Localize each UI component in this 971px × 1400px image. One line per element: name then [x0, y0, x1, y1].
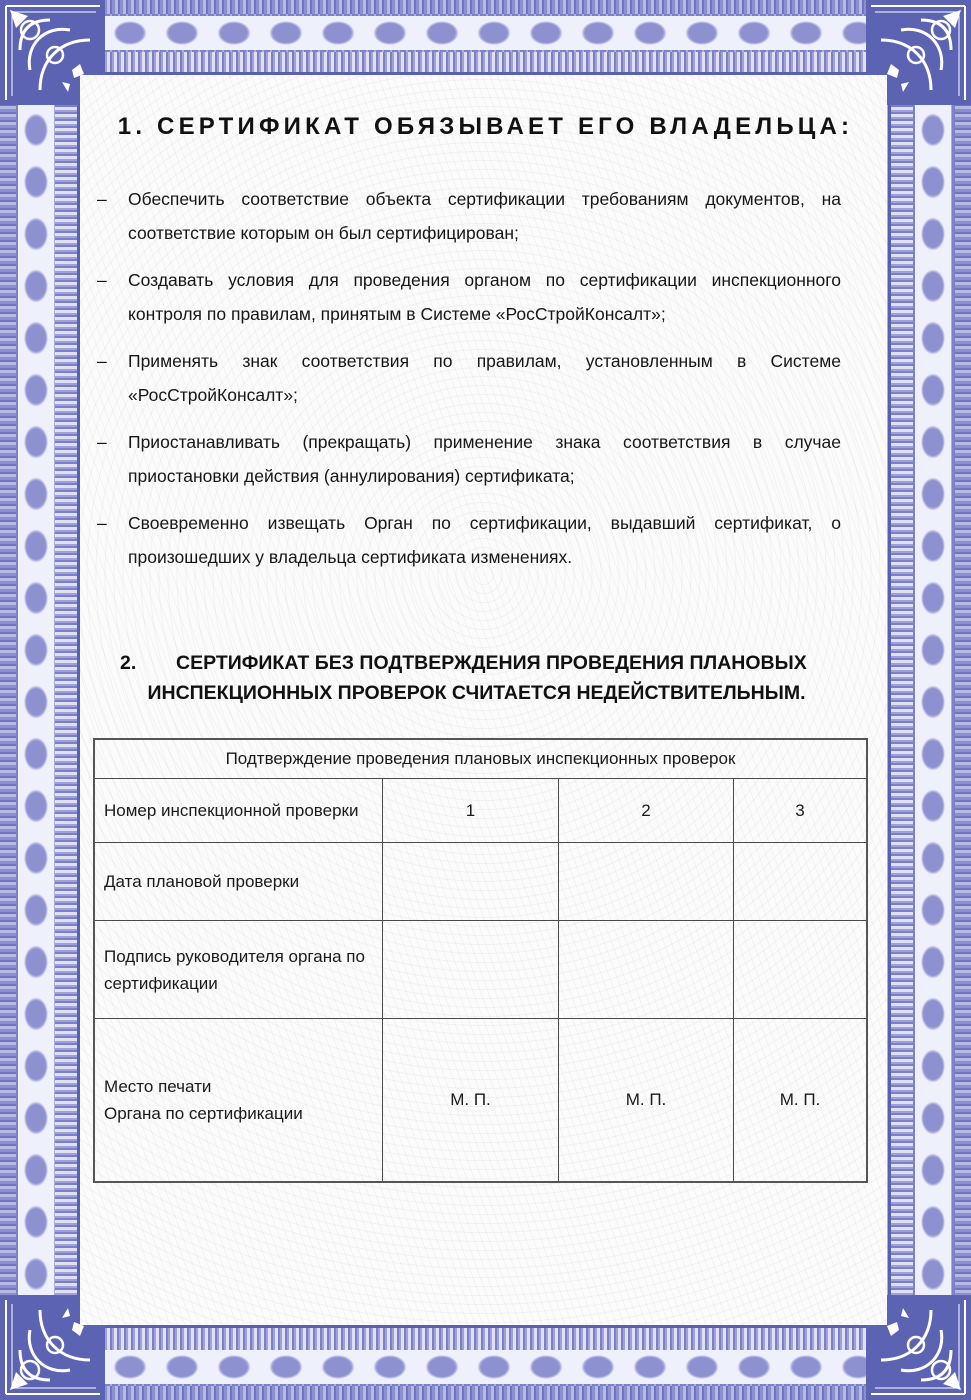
section1-title: 1. СЕРТИФИКАТ ОБЯЗЫВАЕТ ЕГО ВЛАДЕЛЬЦА:	[0, 113, 971, 141]
table-caption: Подтверждение проведения плановых инспек…	[94, 739, 867, 779]
inspection-number-cell: 3	[734, 779, 868, 843]
inspection-number-cell: 2	[559, 779, 734, 843]
table-row: Подпись руководителя органа по сертифика…	[94, 921, 867, 1019]
list-item: –Обеспечить соответствие объекта сертифи…	[97, 182, 841, 250]
stamp-cell: М. П.	[383, 1019, 559, 1183]
table-row: Место печати Органа по сертификации М. П…	[94, 1019, 867, 1183]
signature-cell[interactable]	[383, 921, 559, 1019]
section2-title: 2.СЕРТИФИКАТ БЕЗ ПОДТВЕРЖДЕНИЯ ПРОВЕДЕНИ…	[120, 648, 855, 708]
list-item: –Применять знак соответствия по правилам…	[97, 344, 841, 412]
date-cell[interactable]	[734, 843, 868, 921]
signature-cell[interactable]	[559, 921, 734, 1019]
list-item: –Приостанавливать (прекращать) применени…	[97, 425, 841, 493]
stamp-cell: М. П.	[734, 1019, 868, 1183]
inspection-confirmation-table: Подтверждение проведения плановых инспек…	[93, 738, 868, 1183]
owner-obligations-list: –Обеспечить соответствие объекта сертифи…	[97, 182, 841, 587]
dash-bullet-icon: –	[97, 182, 107, 216]
section2-number: 2.	[120, 648, 176, 678]
signature-cell[interactable]	[734, 921, 868, 1019]
table-row: Дата плановой проверки	[94, 843, 867, 921]
date-cell[interactable]	[559, 843, 734, 921]
dash-bullet-icon: –	[97, 506, 107, 540]
inspection-number-cell: 1	[383, 779, 559, 843]
stamp-cell: М. П.	[559, 1019, 734, 1183]
row-label: Место печати Органа по сертификации	[94, 1019, 383, 1183]
row-label: Номер инспекционной проверки	[94, 779, 383, 843]
list-item: –Создавать условия для проведения органо…	[97, 263, 841, 331]
row-label: Дата плановой проверки	[94, 843, 383, 921]
date-cell[interactable]	[383, 843, 559, 921]
dash-bullet-icon: –	[97, 425, 107, 459]
dash-bullet-icon: –	[97, 263, 107, 297]
table-row: Номер инспекционной проверки 1 2 3	[94, 779, 867, 843]
list-item: –Своевременно извещать Орган по сертифик…	[97, 506, 841, 574]
certificate-back-page: 1. СЕРТИФИКАТ ОБЯЗЫВАЕТ ЕГО ВЛАДЕЛЬЦА: –…	[0, 0, 971, 1400]
row-label: Подпись руководителя органа по сертифика…	[94, 921, 383, 1019]
dash-bullet-icon: –	[97, 344, 107, 378]
